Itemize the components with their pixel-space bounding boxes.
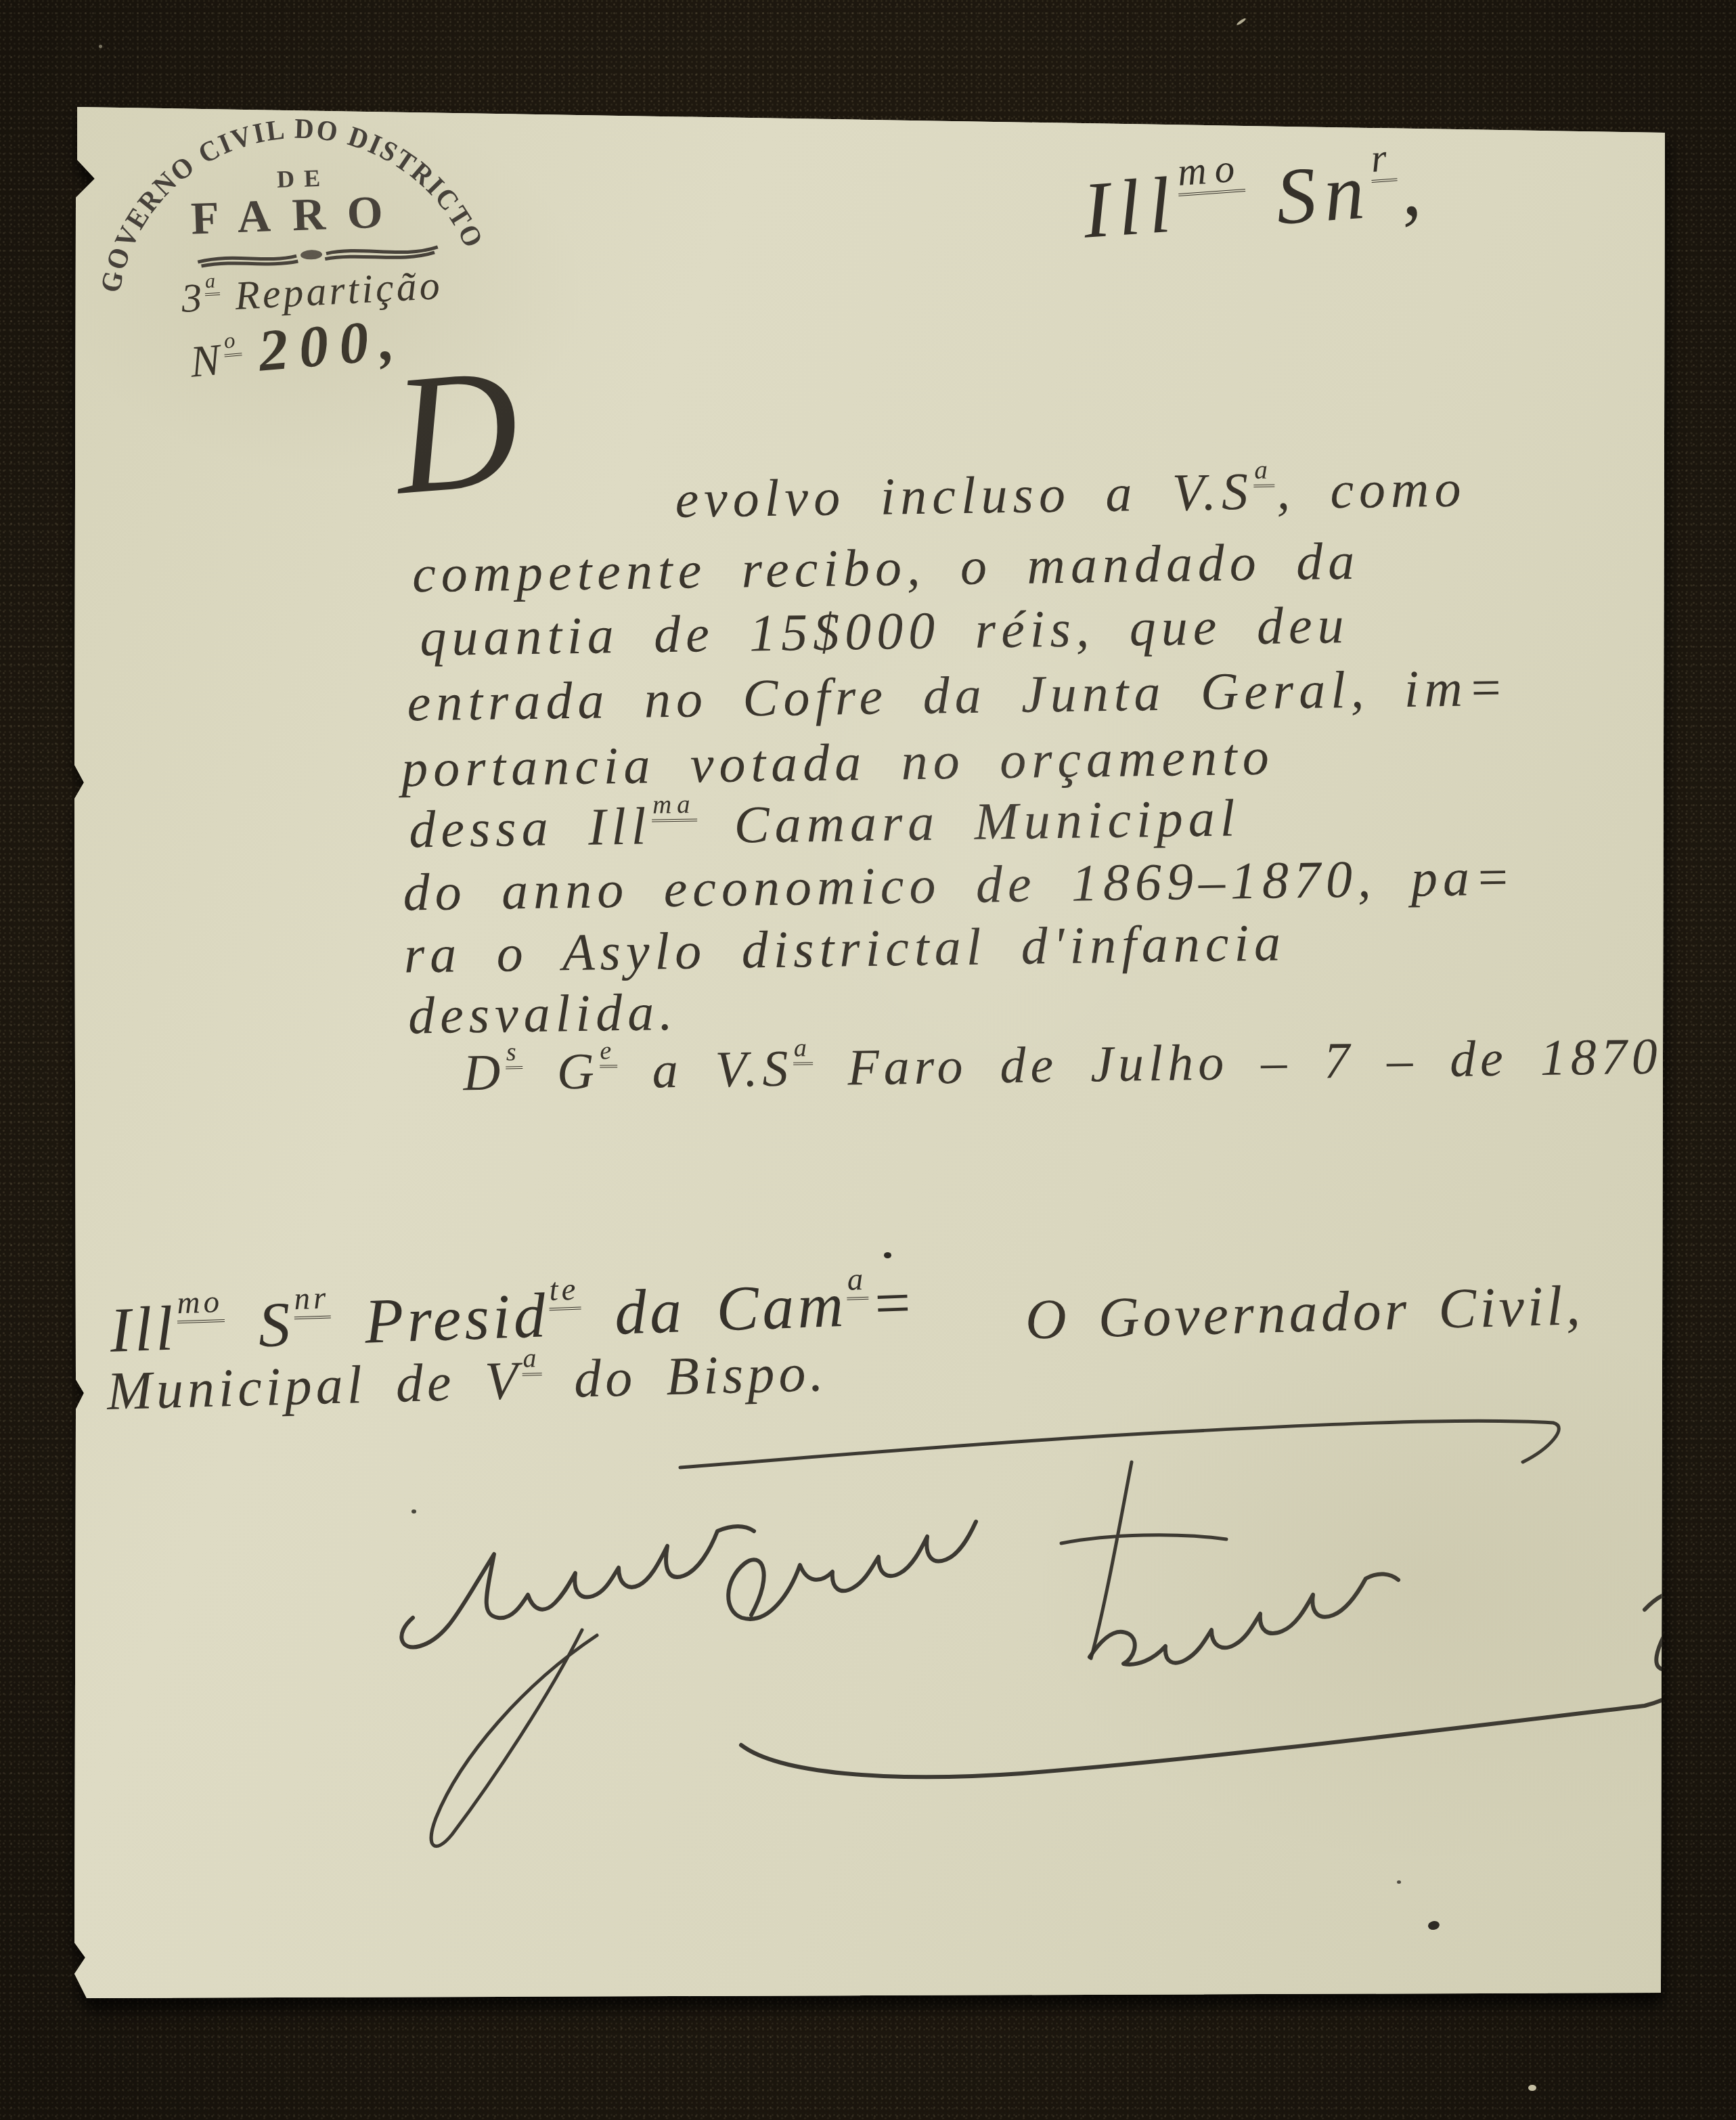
ink-dot bbox=[884, 1252, 891, 1258]
letter-paper: GOVERNO CIVIL DO DISTRICTO DE FARO 3a Re… bbox=[68, 100, 1665, 2002]
background-lint-speck bbox=[99, 45, 102, 48]
ink-dot bbox=[1397, 1880, 1401, 1884]
body-line: portancia votada no orçamento bbox=[401, 729, 1274, 797]
body-line: evolvo incluso a V.Sa, como bbox=[675, 461, 1467, 527]
background-lint-speck bbox=[1236, 18, 1246, 26]
body-line: competente recibo, o mandado da bbox=[411, 533, 1360, 602]
body-line: do anno economico de 1869–1870, pa= bbox=[403, 849, 1516, 921]
body-line: ra o Asylo districtal d'infancia bbox=[403, 914, 1286, 982]
dropcap-initial: D bbox=[387, 336, 525, 525]
ink-dot bbox=[411, 1509, 416, 1514]
body-line: dessa Illma Camara Municipal bbox=[409, 790, 1241, 857]
background-lint-speck bbox=[1528, 2085, 1536, 2091]
body-line: entrada no Cofre da Junta Geral, im= bbox=[407, 660, 1509, 731]
body-line: desvalida. bbox=[408, 984, 679, 1043]
governor-signature: Augusto Cesar (apelido ilegível) — assin… bbox=[372, 1400, 1719, 1887]
body-line: quantia de 15$000 réis, que deu bbox=[420, 597, 1350, 665]
paper-shadow-wrap: GOVERNO CIVIL DO DISTRICTO DE FARO 3a Re… bbox=[68, 100, 1665, 2002]
